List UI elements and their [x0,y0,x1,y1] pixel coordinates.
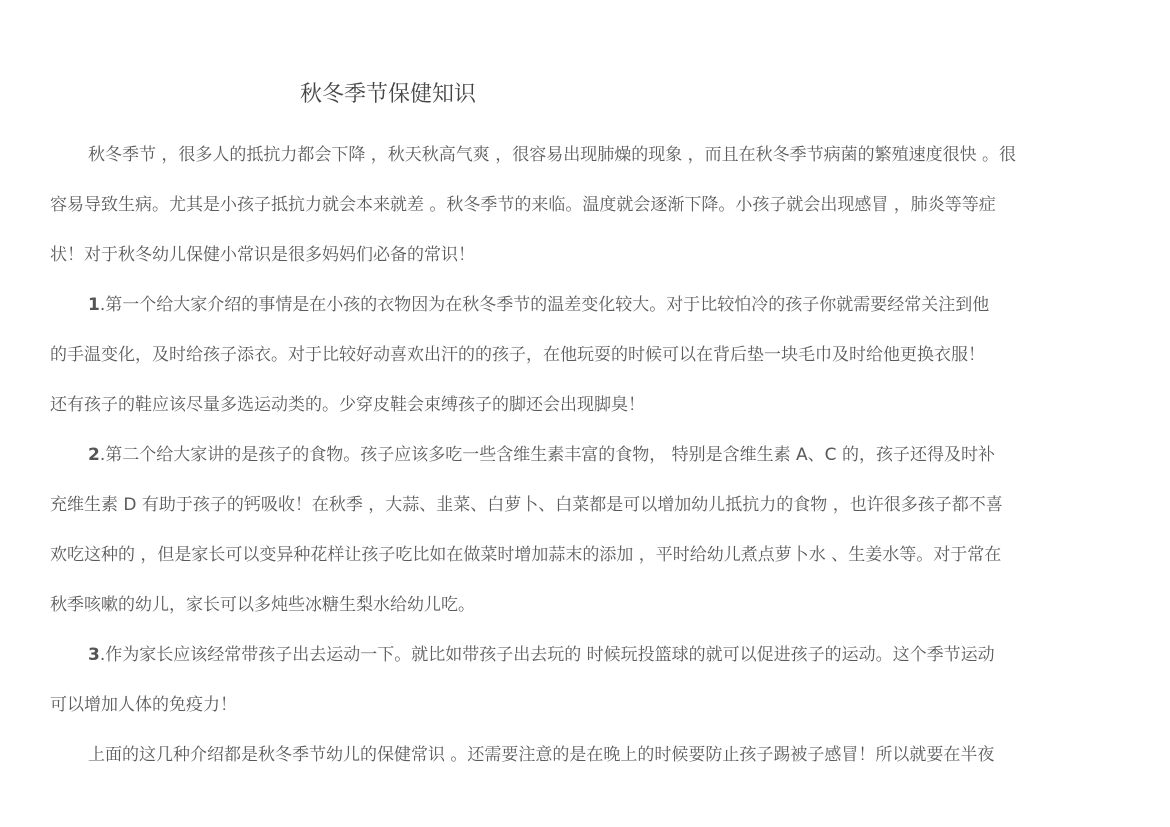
document-title: 秋冬季节保健知识 [300,80,476,110]
list-number: 3 [88,645,100,665]
paragraph-text: .第一个给大家介绍的事情是在小孩的衣物因为在秋冬季节的温差变化较大。对于比较怕冷… [100,295,989,315]
paragraph-text: .第二个给大家讲的是孩子的食物。孩子应该多吃一些含维生素丰富的食物， 特别是含维… [100,445,995,465]
list-number: 1 [88,295,100,315]
paragraph-line: 秋季咳嗽的幼儿，家长可以多炖些冰糖生梨水给幼儿吃。 [50,593,475,617]
paragraph-line: 上面的这几种介绍都是秋冬季节幼儿的保健常识 。还需要注意的是在晚上的时候要防止孩… [88,743,994,767]
paragraph-line: 的手温变化，及时给孩子添衣。对于比较好动喜欢出汗的的孩子，在他玩耍的时候可以在背… [50,343,985,367]
paragraph-line: 2.第二个给大家讲的是孩子的食物。孩子应该多吃一些含维生素丰富的食物， 特别是含… [88,443,995,467]
paragraph-line: 容易导致生病。尤其是小孩子抵抗力就会本来就差 。秋冬季节的来临。温度就会逐渐下降… [50,193,996,217]
paragraph-line: 1.第一个给大家介绍的事情是在小孩的衣物因为在秋冬季节的温差变化较大。对于比较怕… [88,293,989,317]
paragraph-line: 可以增加人体的免疫力！ [50,693,237,717]
paragraph-line: 充维生素 D 有助于孩子的钙吸收！在秋季 ，大蒜、韭菜、白萝卜、白菜都是可以增加… [50,493,1003,517]
list-number: 2 [88,445,100,465]
document-page: 秋冬季节保健知识 秋冬季节 ，很多人的抵抗力都会下降 ，秋天秋高气爽 ，很容易出… [0,0,1170,827]
paragraph-text: .作为家长应该经常带孩子出去运动一下。就比如带孩子出去玩的 时候玩投篮球的就可以… [100,645,995,665]
paragraph-line: 秋冬季节 ，很多人的抵抗力都会下降 ，秋天秋高气爽 ，很容易出现肺燥的现象 ，而… [88,143,1016,167]
paragraph-line: 状！对于秋冬幼儿保健小常识是很多妈妈们必备的常识！ [50,243,475,267]
paragraph-line: 3.作为家长应该经常带孩子出去运动一下。就比如带孩子出去玩的 时候玩投篮球的就可… [88,643,995,667]
paragraph-line: 欢吃这种的 ，但是家长可以变异种花样让孩子吃比如在做菜时增加蒜末的添加 ，平时给… [50,543,1001,567]
paragraph-line: 还有孩子的鞋应该尽量多选运动类的。少穿皮鞋会束缚孩子的脚还会出现脚臭！ [50,393,645,417]
